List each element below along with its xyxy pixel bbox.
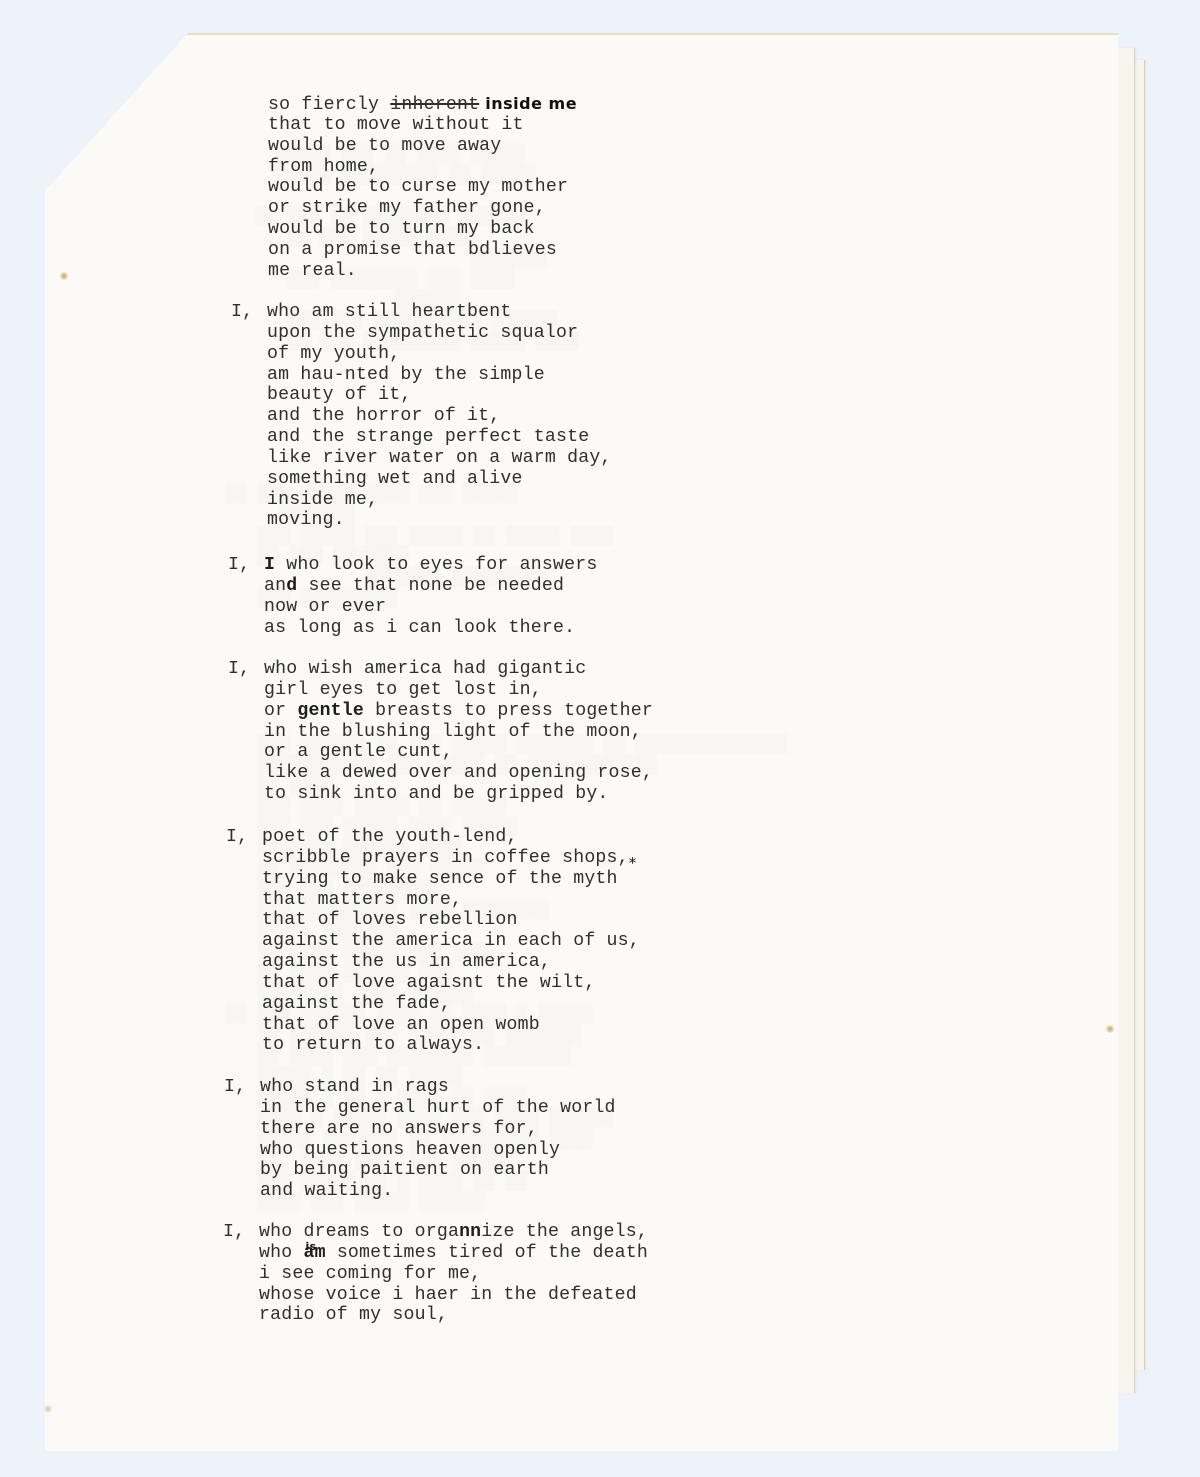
poem-line: against the america in each of us, bbox=[226, 931, 640, 952]
overstruck-text: nn bbox=[459, 1222, 481, 1242]
poem-line: to return to always. bbox=[226, 1035, 640, 1056]
poem-line: scribble prayers in coffee shops,* bbox=[226, 848, 640, 869]
poem-line: radio of my soul, bbox=[223, 1305, 648, 1326]
handwritten-insert: is bbox=[305, 1237, 316, 1258]
poem-line: by being paitient on earth bbox=[224, 1160, 616, 1181]
poem-line: against the fade, bbox=[226, 994, 640, 1015]
poem-line: I,who wish america had gigantic bbox=[228, 659, 653, 680]
poem-line: so fiercly inherent inside me bbox=[268, 94, 577, 115]
poem-line: or a gentle cunt, bbox=[228, 742, 653, 763]
poem-line: that to move without it bbox=[268, 115, 577, 136]
poem-line: there are no answers for, bbox=[224, 1119, 616, 1140]
poem-line: who amis sometimes tired of the death bbox=[223, 1243, 648, 1264]
paper-stain bbox=[44, 1405, 52, 1413]
poem-line: something wet and alive bbox=[231, 469, 612, 490]
poem-line: would be to turn my back bbox=[268, 219, 577, 240]
stanza: I,who am still heartbentupon the sympath… bbox=[231, 302, 612, 531]
poem-line: and see that none be needed bbox=[228, 576, 597, 597]
stanza: I,who stand in ragsin the general hurt o… bbox=[224, 1077, 616, 1202]
stanza: I,who wish america had giganticgirl eyes… bbox=[228, 659, 653, 805]
poem-line: beauty of it, bbox=[231, 385, 612, 406]
poem-line: I,who dreams to organnize the angels, bbox=[223, 1222, 648, 1243]
poem-line: and the strange perfect taste bbox=[231, 427, 612, 448]
stanza: so fiercly inherent inside methat to mov… bbox=[268, 94, 577, 282]
poem-line: whose voice i haer in the defeated bbox=[223, 1285, 648, 1306]
poem-line: would be to curse my mother bbox=[268, 177, 577, 198]
poem-line: like a dewed over and opening rose, bbox=[228, 763, 653, 784]
poem-line: I,I who look to eyes for answers bbox=[228, 555, 597, 576]
paper-stain bbox=[1106, 1025, 1114, 1033]
stanza: I,I who look to eyes for answersand see … bbox=[228, 555, 597, 638]
poem-line: would be to move away bbox=[268, 136, 577, 157]
stanza-lead: I, bbox=[226, 827, 262, 848]
stanza-lead: I, bbox=[231, 302, 267, 323]
stanza-lead: I, bbox=[223, 1222, 259, 1243]
poem-line: i see coming for me, bbox=[223, 1264, 648, 1285]
poem-line: from home, bbox=[268, 157, 577, 178]
poem-line: who questions heaven openly bbox=[224, 1140, 616, 1161]
poem-line: that of loves rebellion bbox=[226, 910, 640, 931]
poem-line: of my youth, bbox=[231, 344, 612, 365]
poem-line: moving. bbox=[231, 510, 612, 531]
poem-line: that matters more, bbox=[226, 890, 640, 911]
poem-line: girl eyes to get lost in, bbox=[228, 680, 653, 701]
poem-line: or strike my father gone, bbox=[268, 198, 577, 219]
poem-line: in the general hurt of the world bbox=[224, 1098, 616, 1119]
poem-line: I,poet of the youth-lend, bbox=[226, 827, 640, 848]
struck-word: inherent bbox=[390, 95, 479, 115]
handwritten-correction: inside me bbox=[479, 94, 577, 113]
stanza-lead: I, bbox=[228, 659, 264, 680]
poem-line: and waiting. bbox=[224, 1181, 616, 1202]
poem-line: me real. bbox=[268, 261, 577, 282]
poem-line: like river water on a warm day, bbox=[231, 448, 612, 469]
poem-line: against the us in america, bbox=[226, 952, 640, 973]
overstruck-text: gentle bbox=[297, 701, 364, 721]
overstruck-text: I bbox=[264, 555, 275, 575]
stanza: I,who dreams to organnize the angels,who… bbox=[223, 1222, 648, 1326]
poem-line: or gentle breasts to press together bbox=[228, 701, 653, 722]
poem-line: now or ever bbox=[228, 597, 597, 618]
poem-line: that of love agaisnt the wilt, bbox=[226, 973, 640, 994]
overstruck-text: d bbox=[286, 576, 297, 596]
poem-line: I,who am still heartbent bbox=[231, 302, 612, 323]
overstruck-text: amis bbox=[303, 1243, 325, 1263]
poem-line: that of love an open womb bbox=[226, 1015, 640, 1036]
poem-line: trying to make sence of the myth bbox=[226, 869, 640, 890]
poem-line: I,who stand in rags bbox=[224, 1077, 616, 1098]
poem-line: am hau-nted by the simple bbox=[231, 365, 612, 386]
poem-line: in the blushing light of the moon, bbox=[228, 722, 653, 743]
poem-line: as long as i can look there. bbox=[228, 618, 597, 639]
poem-line: and the horror of it, bbox=[231, 406, 612, 427]
stanza: I,poet of the youth-lend,scribble prayer… bbox=[226, 827, 640, 1056]
poem-line: on a promise that bdlieves bbox=[268, 240, 577, 261]
paper-stain bbox=[60, 272, 68, 280]
poem-line: to sink into and be gripped by. bbox=[228, 784, 653, 805]
stanza-lead: I, bbox=[228, 555, 264, 576]
asterisk-mark: * bbox=[629, 854, 637, 872]
poem-line: inside me, bbox=[231, 490, 612, 511]
stanza-lead: I, bbox=[224, 1077, 260, 1098]
poem-line: upon the sympathetic squalor bbox=[231, 323, 612, 344]
